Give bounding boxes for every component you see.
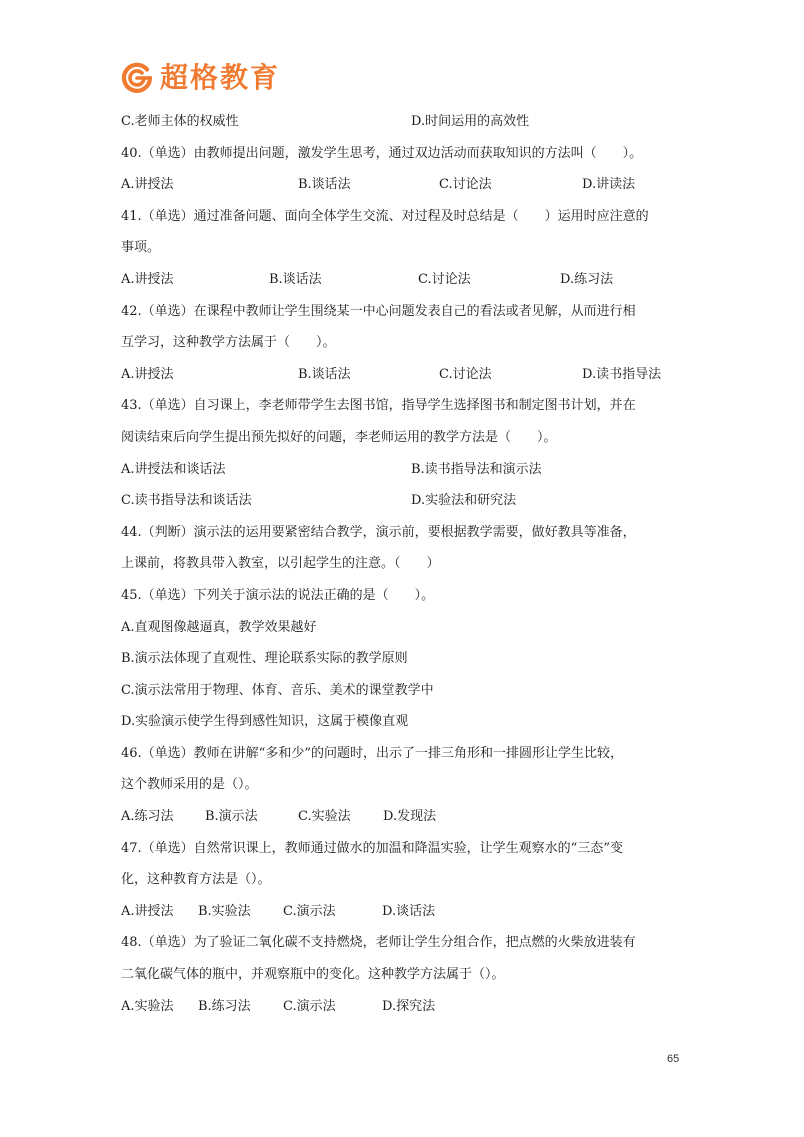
question-text-line: B.演示法体现了直观性、理论联系实际的教学原则 [121, 643, 691, 675]
answer-option: D.读书指导法 [582, 359, 661, 391]
options-row: C.读书指导法和谈话法D.实验法和研究法 [121, 485, 691, 517]
g-circle-logo-icon [120, 61, 154, 95]
answer-option: A.讲授法和谈话法 [121, 454, 226, 486]
question-text-line: 互学习，这种教学方法属于（ ）。 [121, 327, 691, 359]
options-row: A.讲授法B.谈话法C.讨论法D.讲读法 [121, 169, 691, 201]
brand-logo: 超格教育 [120, 58, 280, 98]
question-text-line: 上课前，将教具带入教室，以引起学生的注意。（ ） [121, 548, 691, 580]
answer-option: A.练习法 [121, 801, 174, 833]
answer-option: D.实验法和研究法 [411, 485, 516, 517]
question-text-line: C.演示法常用于物理、体育、音乐、美术的课堂教学中 [121, 675, 691, 707]
answer-option: C.演示法 [283, 896, 336, 928]
answer-option: D.讲读法 [582, 169, 635, 201]
answer-option: D.谈话法 [382, 896, 435, 928]
brand-name: 超格教育 [160, 61, 280, 95]
page-number: 65 [667, 1053, 679, 1065]
answer-option: D.时间运用的高效性 [411, 106, 529, 138]
options-row: A.讲授法B.实验法C.演示法D.谈话法 [121, 896, 691, 928]
options-row: C.老师主体的权威性D.时间运用的高效性 [121, 106, 691, 138]
answer-option: B.谈话法 [298, 169, 351, 201]
answer-option: D.发现法 [383, 801, 436, 833]
answer-option: C.实验法 [298, 801, 351, 833]
answer-option: A.讲授法 [121, 896, 174, 928]
answer-option: B.读书指导法和演示法 [411, 454, 542, 486]
question-text-line: 46.（单选）教师在讲解“多和少”的问题时，出示了一排三角形和一排圆形让学生比较… [121, 738, 691, 770]
answer-option: C.讨论法 [418, 264, 471, 296]
answer-option: A.实验法 [121, 991, 174, 1023]
question-text-line: 40.（单选）由教师提出问题，激发学生思考，通过双边活动而获取知识的方法叫（ ）… [121, 138, 691, 170]
answer-option: A.讲授法 [121, 359, 174, 391]
answer-option: A.讲授法 [121, 264, 174, 296]
answer-option: B.练习法 [198, 991, 251, 1023]
question-text-line: 44.（判断）演示法的运用要紧密结合教学，演示前，要根据教学需要，做好教具等准备… [121, 517, 691, 549]
answer-option: C.讨论法 [439, 359, 492, 391]
options-row: A.讲授法和谈话法B.读书指导法和演示法 [121, 454, 691, 486]
question-text-line: 41.（单选）通过准备问题、面向全体学生交流、对过程及时总结是（ ）运用时应注意… [121, 201, 691, 233]
answer-option: B.谈话法 [269, 264, 322, 296]
question-text-line: 48.（单选）为了验证二氧化碳不支持燃烧，老师让学生分组合作，把点燃的火柴放进装… [121, 927, 691, 959]
options-row: A.练习法B.演示法C.实验法D.发现法 [121, 801, 691, 833]
answer-option: C.演示法 [283, 991, 336, 1023]
question-text-line: 阅读结束后向学生提出预先拟好的问题，李老师运用的教学方法是（ ）。 [121, 422, 691, 454]
question-text-line: 这个教师采用的是（）。 [121, 769, 691, 801]
answer-option: D.探究法 [382, 991, 435, 1023]
question-text-line: 47.（单选）自然常识课上，教师通过做水的加温和降温实验，让学生观察水的“三态”… [121, 833, 691, 865]
question-text-line: 42.（单选）在课程中教师让学生围绕某一中心问题发表自己的看法或者见解，从而进行… [121, 296, 691, 328]
question-text-line: A.直观图像越逼真，教学效果越好 [121, 612, 691, 644]
question-text-line: 事项。 [121, 232, 691, 264]
question-text-line: 化，这种教育方法是（）。 [121, 864, 691, 896]
question-text-line: 二氧化碳气体的瓶中，并观察瓶中的变化。这种教学方法属于（）。 [121, 959, 691, 991]
question-text-line: D.实验演示使学生得到感性知识，这属于模像直观 [121, 706, 691, 738]
question-text-line: 43.（单选）自习课上，李老师带学生去图书馆，指导学生选择图书和制定图书计划，并… [121, 390, 691, 422]
answer-option: C.读书指导法和谈话法 [121, 485, 252, 517]
options-row: A.讲授法B.谈话法C.讨论法D.练习法 [121, 264, 691, 296]
answer-option: B.演示法 [205, 801, 258, 833]
answer-option: B.实验法 [198, 896, 251, 928]
question-content: C.老师主体的权威性D.时间运用的高效性40.（单选）由教师提出问题，激发学生思… [121, 106, 691, 1022]
question-text-line: 45.（单选）下列关于演示法的说法正确的是（ ）。 [121, 580, 691, 612]
options-row: A.讲授法B.谈话法C.讨论法D.读书指导法 [121, 359, 691, 391]
options-row: A.实验法B.练习法C.演示法D.探究法 [121, 991, 691, 1023]
answer-option: C.老师主体的权威性 [121, 106, 239, 138]
answer-option: D.练习法 [560, 264, 613, 296]
answer-option: B.谈话法 [298, 359, 351, 391]
answer-option: C.讨论法 [439, 169, 492, 201]
answer-option: A.讲授法 [121, 169, 174, 201]
